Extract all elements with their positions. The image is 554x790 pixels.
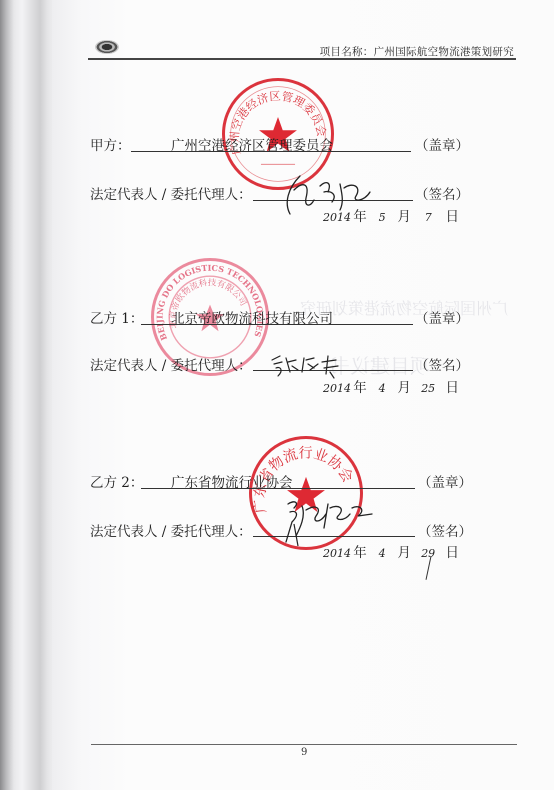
party-b1-sign-suffix: （签名） [415, 354, 469, 374]
date-day: 7 [415, 211, 441, 224]
party-a-label: 甲方： [90, 134, 131, 154]
book-spine-shadow [0, 0, 60, 790]
date-year-unit: 年 [353, 545, 367, 561]
party-b2-date: 2014 年 4 月 29 日 [323, 541, 459, 561]
date-month: 5 [371, 211, 393, 224]
party-b1-rep-label: 法定代表人 / 委托代理人： [90, 354, 252, 374]
party-a-rep-label: 法定代表人 / 委托代理人： [90, 183, 252, 203]
date-day-unit: 日 [445, 209, 459, 225]
date-month-unit: 月 [397, 209, 411, 225]
date-year-unit: 年 [353, 380, 367, 396]
date-month-unit: 月 [397, 545, 411, 561]
party-a-date: 2014 年 5 月 7 日 [323, 205, 459, 225]
date-day-unit: 日 [445, 380, 459, 396]
institute-emblem-icon [95, 40, 119, 54]
date-day: 25 [415, 382, 441, 395]
party-b2-rep-label: 法定代表人 / 委托代理人： [90, 520, 252, 540]
page-number: 9 [301, 747, 307, 758]
party-a-name: 广州空港经济区管理委员会 [171, 134, 333, 154]
svg-text:BEIJING DO LOGISTICS TECHNOLOG: BEIJING DO LOGISTICS TECHNOLOGIES CO.,LT… [151, 253, 266, 342]
footer-divider [91, 744, 517, 745]
date-year: 2014 [323, 547, 349, 560]
party-b2-label: 乙方 2： [90, 471, 143, 491]
party-b1-label: 乙方 1： [90, 307, 143, 327]
party-b1-seal-suffix: （盖章） [415, 307, 469, 327]
date-year: 2014 [323, 211, 349, 224]
date-day-unit: 日 [445, 545, 459, 561]
party-b2-sign-suffix: （签名） [418, 520, 472, 540]
party-b2-seal-suffix: （盖章） [418, 471, 472, 491]
date-year: 2014 [323, 382, 349, 395]
party-b1-date: 2014 年 4 月 25 日 [323, 376, 459, 396]
party-b1-name: 北京帝欧物流科技有限公司 [171, 307, 333, 327]
date-year-unit: 年 [353, 209, 367, 225]
date-month-unit: 月 [397, 380, 411, 396]
project-title: 项目名称：广州国际航空物流港策划研究 [320, 44, 514, 59]
date-month: 4 [371, 382, 393, 395]
header-divider [88, 58, 516, 60]
date-month: 4 [371, 547, 393, 560]
date-day: 29 [415, 547, 441, 560]
party-a-sign-suffix: （签名） [415, 183, 469, 203]
party-b2-name: 广东省物流行业协会 [171, 471, 293, 491]
party-a-seal-suffix: （盖章） [415, 134, 469, 154]
